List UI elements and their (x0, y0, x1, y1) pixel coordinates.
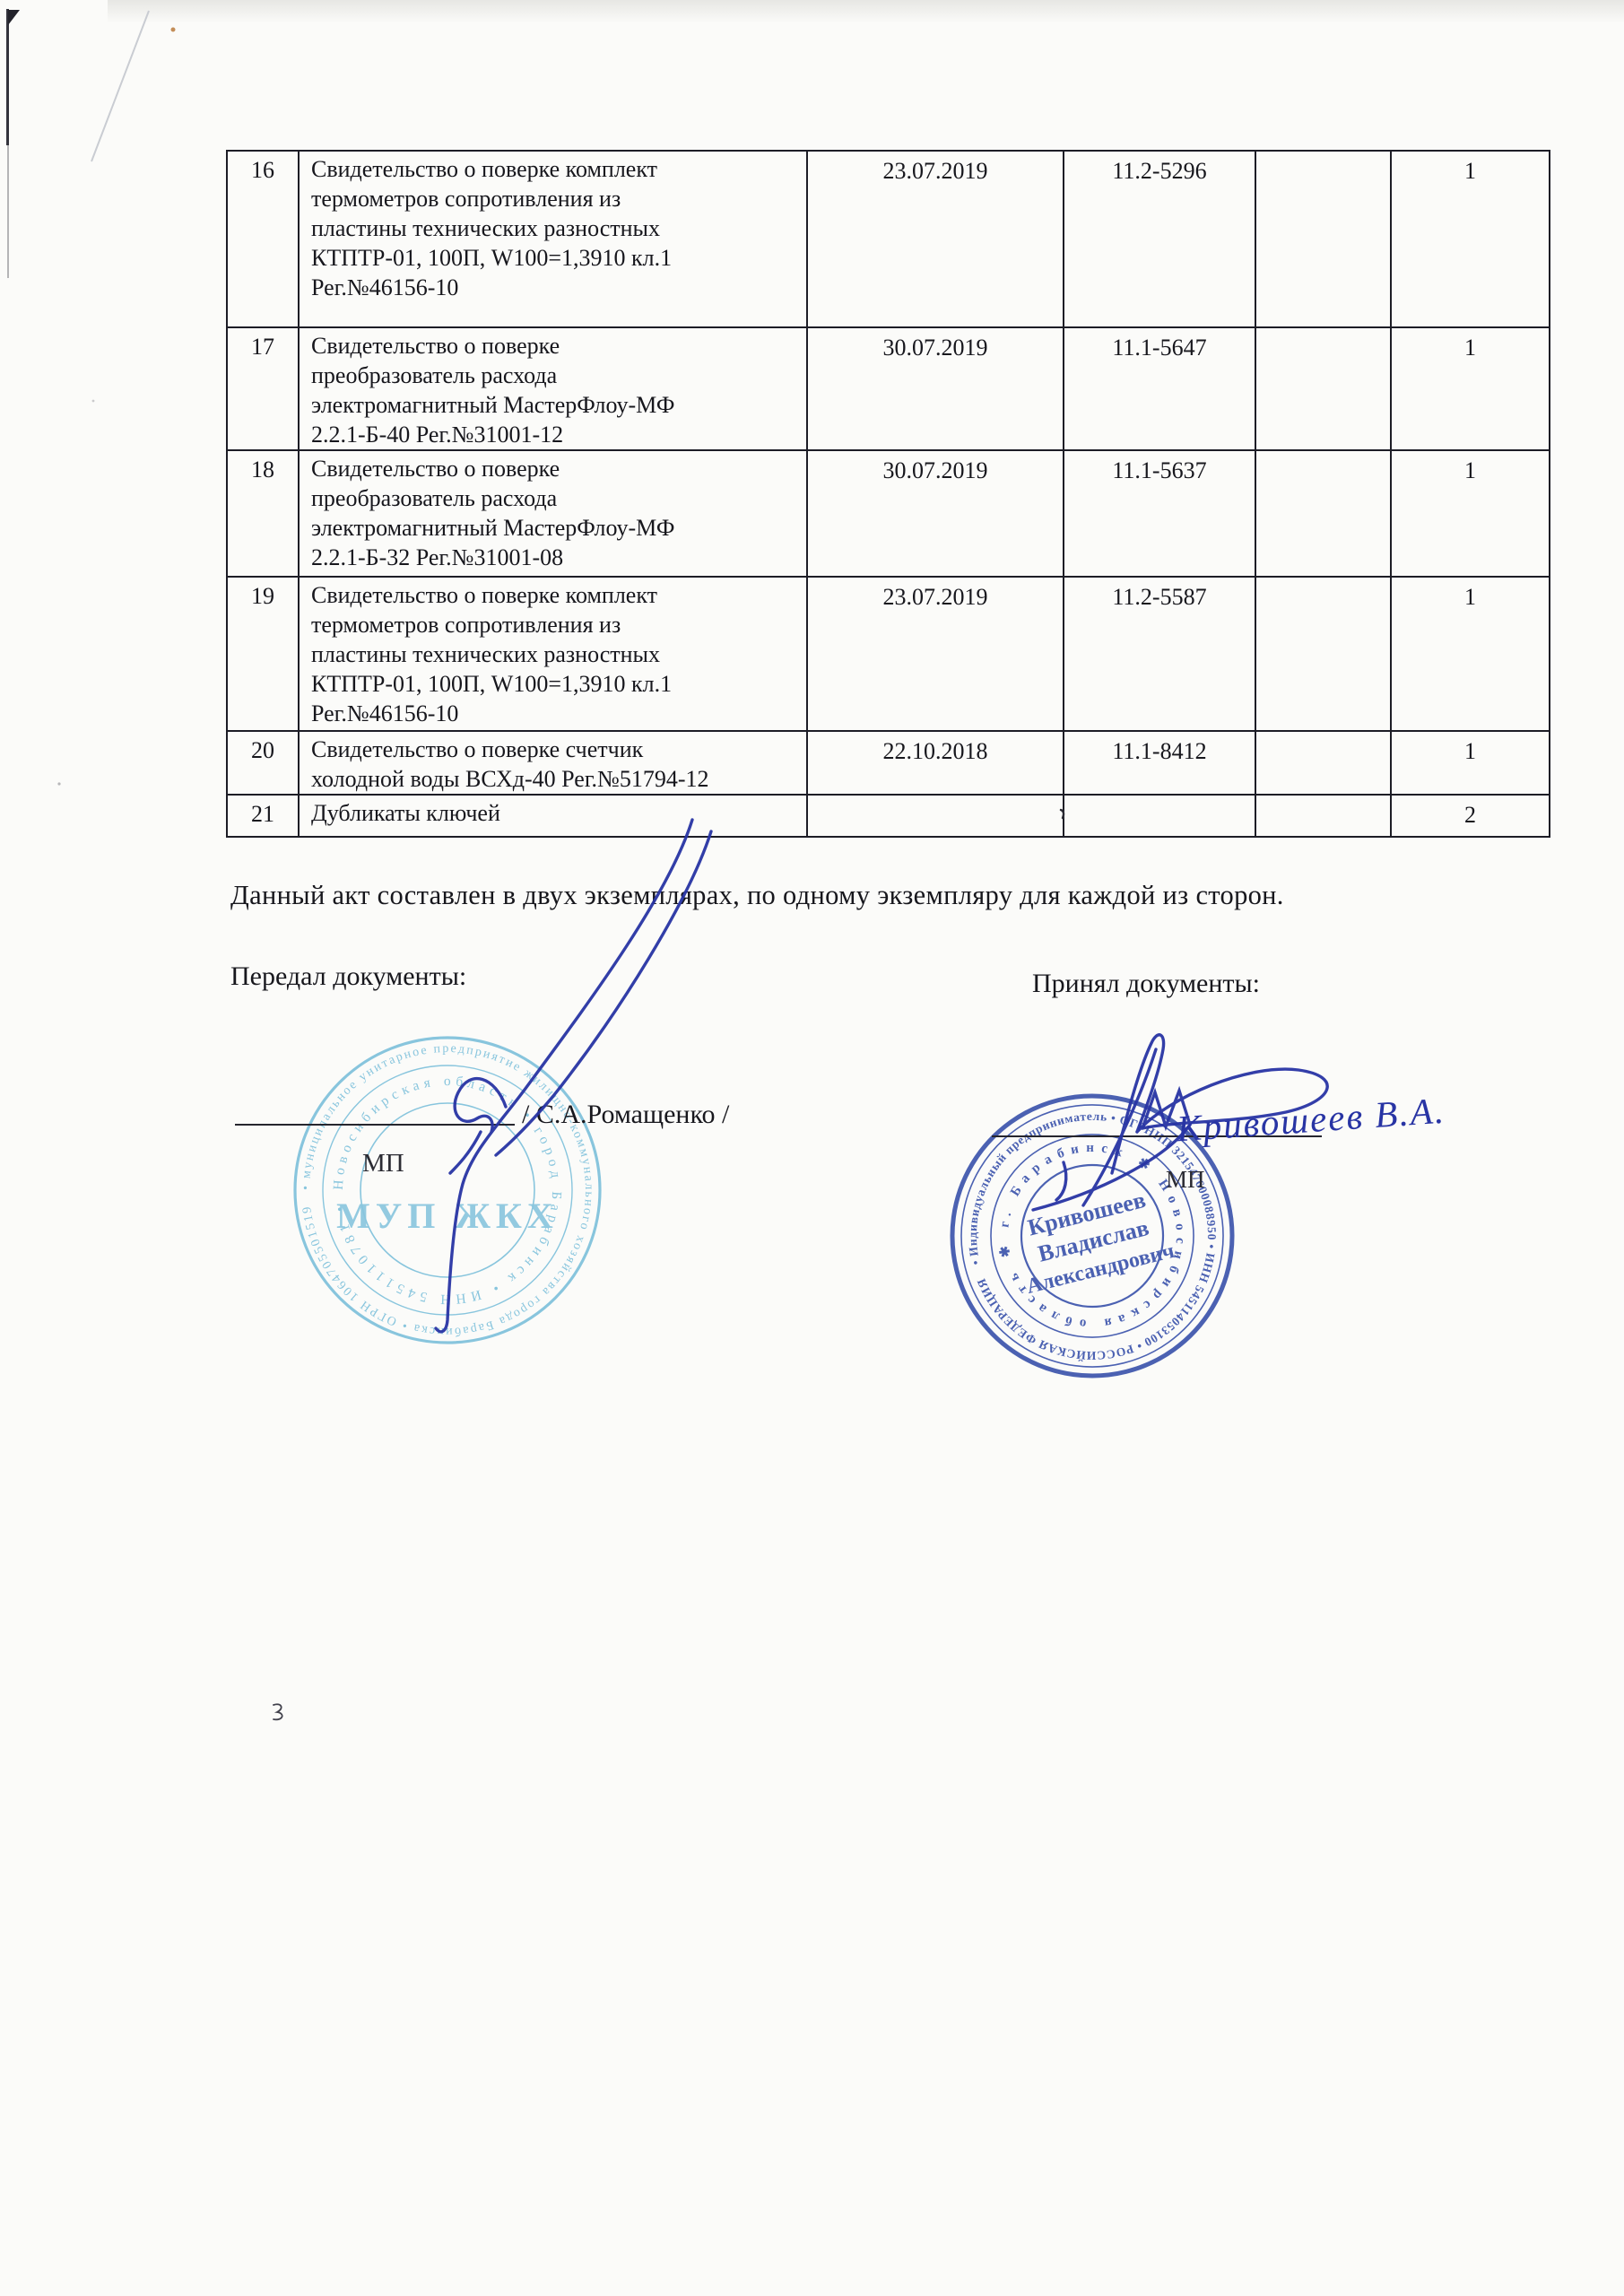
scan-noise-marks (57, 11, 1064, 1719)
scanned-act-page: 16 Свидетельство о поверке комплект терм… (0, 0, 1624, 2296)
right-pen-signature (1033, 1035, 1327, 1210)
left-pen-signature (436, 820, 711, 1332)
ink-and-noise-overlay (0, 0, 1624, 2296)
